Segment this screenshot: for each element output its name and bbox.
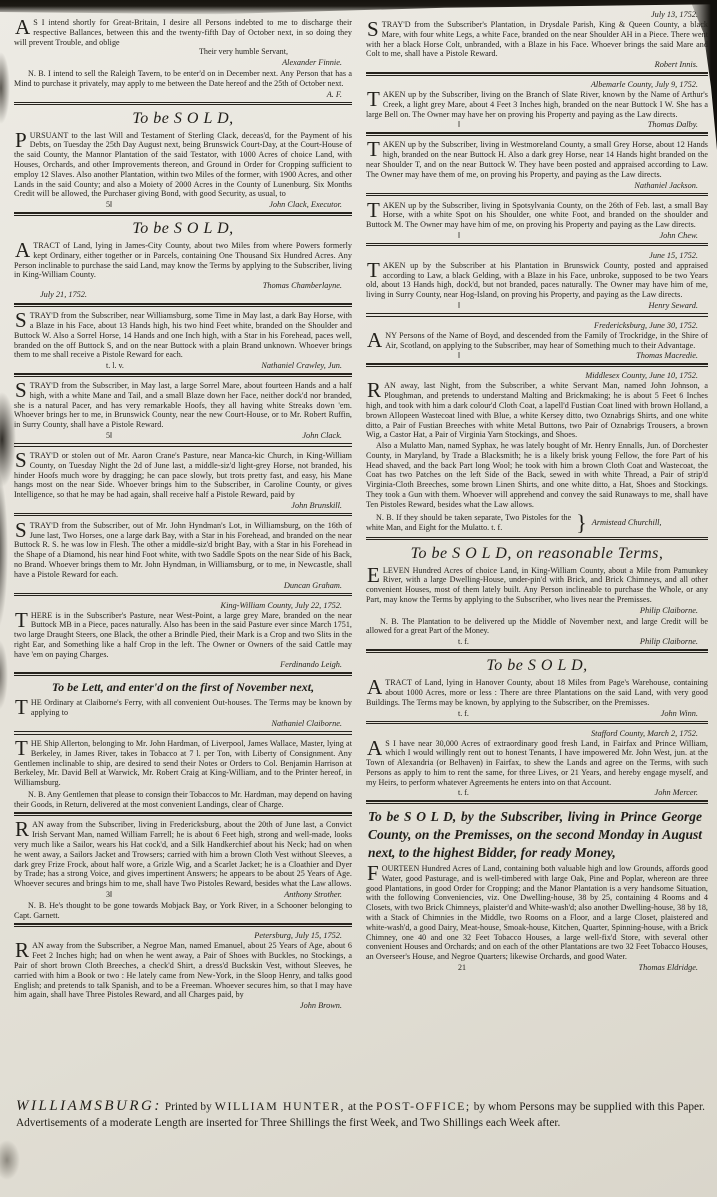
ad-heading: To be Lett, and enter'd on the first of … <box>14 680 352 695</box>
drop-cap: R <box>14 941 32 959</box>
ad-mark: 5‖ <box>106 200 116 209</box>
ad-signature: Robert Innis. <box>655 60 698 69</box>
drop-cap: R <box>14 820 32 838</box>
ad-dateline: Stafford County, March 2, 1752. <box>366 729 708 739</box>
advertisement: THE Ship Allerton, belonging to Mr. John… <box>14 739 352 809</box>
ad-postscript-signature-row: t. f.Philip Claiborne. <box>366 637 708 646</box>
ad-signature: Armistead Churchill, <box>592 518 662 527</box>
ad-body: AS I have near 30,000 Acres of extraordi… <box>366 739 708 788</box>
ad-signature-row: Nathaniel Jackson. <box>366 181 708 190</box>
drop-cap: T <box>366 90 383 108</box>
ad-signature-row: Thomas Chamberlayne. <box>14 281 352 290</box>
separator-rule <box>366 193 708 198</box>
separator-rule <box>366 132 708 137</box>
ad-mark: 3‖ <box>106 890 116 899</box>
ad-mark: 5‖ <box>106 431 116 440</box>
ad-body-text: S I have near 30,000 Acres of extraordin… <box>366 739 708 787</box>
ad-signature: Thomas Macredie. <box>636 351 698 360</box>
advertisement: Fredericksburg, June 30, 1752.ANY Person… <box>366 321 708 361</box>
ad-dateline: Albemarle County, July 9, 1752. <box>366 80 708 90</box>
ad-signature: John Winn. <box>661 709 698 718</box>
ad-mark: ‖ <box>458 351 468 360</box>
ad-body: STRAY'D or stolen out of Mr. Aaron Crane… <box>14 451 352 500</box>
ad-signature: John Brunskill. <box>291 501 342 510</box>
ad-signature: Thomas Dalby. <box>648 120 698 129</box>
ad-postscript: N. B. The Plantation to be delivered up … <box>366 617 708 637</box>
ad-body: AS I intend shortly for Great-Britain, I… <box>14 18 352 47</box>
ad-signature-row: 3‖Anthony Strother. <box>14 890 352 899</box>
ad-dateline: Fredericksburg, June 30, 1752. <box>366 321 708 331</box>
ad-signature-row: t. f.John Mercer. <box>366 788 708 797</box>
newspaper-page: AS I intend shortly for Great-Britain, I… <box>0 0 717 1197</box>
advertisement: RAN away from the Subscriber, living in … <box>14 820 352 920</box>
separator-rule <box>14 923 352 928</box>
drop-cap: F <box>366 864 382 882</box>
advertisement: July 13, 1752.STRAY'D from the Subscribe… <box>366 10 708 69</box>
ad-body-text: TRAY'D from the Subscriber, near William… <box>14 311 352 359</box>
paper-smudge <box>0 470 8 630</box>
ad-signature: Thomas Eldridge. <box>639 963 698 972</box>
imprint-post-office: POST-OFFICE; <box>376 1099 471 1113</box>
ad-body-text: TRAY'D from the Subscriber's Plantation,… <box>366 20 708 58</box>
separator-rule <box>366 800 708 805</box>
ad-signature: John Mercer. <box>655 788 698 797</box>
ad-signature: Henry Seward. <box>649 301 698 310</box>
ad-mark: t. l. v. <box>106 361 124 370</box>
drop-cap: T <box>366 261 383 279</box>
ad-mark: t. f. <box>458 788 469 797</box>
ad-signature-row: 5‖John Clack. <box>14 431 352 440</box>
separator-rule <box>14 593 352 598</box>
ad-dateline: Petersburg, July 15, 1752. <box>14 931 352 941</box>
ad-body: THERE is in the Subscriber's Pasture, ne… <box>14 611 352 660</box>
ad-body: RAN away from the Subscriber, living in … <box>14 820 352 888</box>
ad-body: THE Ordinary at Claiborne's Ferry, with … <box>14 698 352 718</box>
ad-date: July 21, 1752. <box>40 290 352 300</box>
drop-cap: A <box>366 678 385 696</box>
drop-cap: S <box>366 20 382 38</box>
ad-signature-row: ‖Thomas Macredie. <box>366 351 708 360</box>
ad-signature: Duncan Graham. <box>284 581 342 590</box>
ad-signature: John Brown. <box>300 1001 342 1010</box>
drop-cap: A <box>366 739 385 757</box>
drop-cap: S <box>14 451 30 469</box>
ad-signature-row: Ferdinando Leigh. <box>14 660 352 669</box>
ad-body-text: TRACT of Land, lying in James-City Count… <box>14 241 352 279</box>
imprint-printed-by: Printed by <box>165 1101 212 1113</box>
separator-rule <box>14 303 352 308</box>
ad-body: ATRACT of Land, lying in Hanover County,… <box>366 678 708 707</box>
ad-body: FOURTEEN Hundred Acres of Land, containi… <box>366 864 708 962</box>
ad-signature: John Clack. <box>302 431 342 440</box>
advertisement: AS I intend shortly for Great-Britain, I… <box>14 18 352 99</box>
ad-signature-row: Duncan Graham. <box>14 581 352 590</box>
advertisement: To be S O L D,PURSUANT to the last Will … <box>14 110 352 209</box>
drop-cap: A <box>14 18 33 36</box>
ad-heading: To be S O L D, by the Subscriber, living… <box>368 808 702 861</box>
ad-signature: Philip Claiborne. <box>640 606 698 615</box>
ad-postscript: N. B. He's thought to be gone towards Mo… <box>14 901 352 921</box>
ad-signature-row: t. f.John Winn. <box>366 709 708 718</box>
separator-rule <box>14 812 352 817</box>
drop-cap: T <box>366 201 383 219</box>
ad-signature: Nathaniel Jackson. <box>634 181 698 190</box>
ad-body-text: S I intend shortly for Great-Britain, I … <box>14 18 352 47</box>
drop-cap: T <box>14 698 31 716</box>
separator-rule <box>14 513 352 518</box>
ad-signature-row: t. l. v.Nathaniel Crawley, Jun. <box>14 361 352 370</box>
advertisement: Middlesex County, June 10, 1752.RAN away… <box>366 371 708 533</box>
ad-signature-row: ‖Thomas Dalby. <box>366 120 708 129</box>
paper-smudge <box>0 1140 20 1180</box>
imprint-city: WILLIAMSBURG: <box>16 1098 162 1114</box>
ad-body: TAKEN up by the Subscriber, living in We… <box>366 140 708 179</box>
ad-signature-row: John Brunskill. <box>14 501 352 510</box>
ad-body-text: TRAY'D from the Subscriber, in May last,… <box>14 381 352 429</box>
ad-mark: ‖ <box>458 231 468 240</box>
separator-rule <box>366 649 708 654</box>
ad-body-text: URSUANT to the last Will and Testament o… <box>14 131 352 199</box>
advertisement: To be Lett, and enter'd on the first of … <box>14 680 352 728</box>
advertisement: STRAY'D from the Subscriber, out of Mr. … <box>14 521 352 590</box>
separator-rule <box>14 672 352 677</box>
advertisement: STRAY'D from the Subscriber, in May last… <box>14 381 352 440</box>
ad-body-text: AN away, last Night, from the Subscriber… <box>366 381 708 439</box>
paper-smudge <box>0 640 8 710</box>
ad-body: ATRACT of Land, lying in James-City Coun… <box>14 241 352 280</box>
ad-signature-row: Philip Claiborne. <box>366 606 708 615</box>
ad-signature-row: Alexander Finnie. <box>14 58 352 67</box>
ad-postscript: N. B. Any Gentlemen that please to consi… <box>14 790 352 810</box>
ad-mark: ‖ <box>458 301 468 310</box>
ad-body: RAN away, last Night, from the Subscribe… <box>366 381 708 440</box>
drop-cap: T <box>366 140 383 158</box>
ad-body-text: NY Persons of the Name of Boyd, and desc… <box>385 331 708 350</box>
advertisement: To be S O L D, by the Subscriber, living… <box>366 808 708 971</box>
advertisement: To be S O L D,ATRACT of Land, lying in J… <box>14 220 352 300</box>
ad-body: ELEVEN Hundred Acres of choice Land, in … <box>366 566 708 605</box>
drop-cap: E <box>366 566 383 584</box>
separator-rule <box>14 373 352 378</box>
ad-heading: To be S O L D, <box>14 110 352 128</box>
ad-body: STRAY'D from the Subscriber, in May last… <box>14 381 352 430</box>
ad-postscript-row: N. B. If they should be taken separate, … <box>366 512 708 534</box>
ad-body-text: OURTEEN Hundred Acres of Land, containin… <box>366 864 708 961</box>
ad-signature: A. F. <box>327 90 342 99</box>
ad-dateline: June 15, 1752. <box>366 251 708 261</box>
ad-signature: John Chew. <box>659 231 698 240</box>
separator-rule <box>14 212 352 217</box>
drop-cap: P <box>14 131 30 149</box>
ad-body: RAN away from the Subscriber, a Negroe M… <box>14 941 352 1000</box>
ad-body: PURSUANT to the last Will and Testament … <box>14 131 352 199</box>
drop-cap: S <box>14 381 30 399</box>
ad-body-text: HERE is in the Subscriber's Pasture, nea… <box>14 611 352 659</box>
ad-signature-row: Robert Innis. <box>366 60 708 69</box>
drop-cap: A <box>14 241 33 259</box>
ad-signature-row: Nathaniel Claiborne. <box>14 719 352 728</box>
ad-signature-row: 21Thomas Eldridge. <box>366 963 708 972</box>
ad-body-text: HE Ship Allerton, belonging to Mr. John … <box>14 739 352 787</box>
ad-body: STRAY'D from the Subscriber, near Willia… <box>14 311 352 360</box>
separator-rule <box>14 731 352 736</box>
advertisement: To be S O L D, on reasonable Terms,ELEVE… <box>366 545 708 647</box>
ad-dateline: King-William County, July 22, 1752. <box>14 601 352 611</box>
ad-body-text: TRAY'D or stolen out of Mr. Aaron Crane'… <box>14 451 352 499</box>
drop-cap: S <box>14 311 30 329</box>
ad-mark: t. f. <box>458 637 469 646</box>
ad-body-text: AN away from the Subscriber, a Negroe Ma… <box>14 941 352 999</box>
advertisement: Albemarle County, July 9, 1752.TAKEN up … <box>366 80 708 129</box>
advertisement: STRAY'D from the Subscriber, near Willia… <box>14 311 352 370</box>
ad-body: TAKEN up by the Subscriber at his Planta… <box>366 261 708 300</box>
advertisement: Stafford County, March 2, 1752.AS I have… <box>366 729 708 798</box>
ad-signature: Thomas Chamberlayne. <box>263 281 342 290</box>
ad-signature: John Clack, Executor. <box>269 200 342 209</box>
ad-body-text: AKEN up by the Subscriber at his Plantat… <box>366 261 708 299</box>
ad-body: STRAY'D from the Subscriber's Plantation… <box>366 20 708 59</box>
separator-rule <box>366 363 708 368</box>
ad-body: TAKEN up by the Subscriber, living on th… <box>366 90 708 119</box>
ad-signature-row: ‖Henry Seward. <box>366 301 708 310</box>
printer-imprint: WILLIAMSBURG: Printed by WILLIAM HUNTER,… <box>16 1096 705 1132</box>
ad-body-second-paragraph: Also a Mulatto Man, named Syphax, he was… <box>366 441 708 509</box>
ad-postscript-signature-row: A. F. <box>14 90 352 99</box>
separator-rule <box>366 72 708 77</box>
ad-mark: ‖ <box>458 120 468 129</box>
paper-smudge <box>0 52 10 124</box>
ad-signature: Nathaniel Claiborne. <box>271 719 342 728</box>
ad-body: TAKEN up by the Subscriber, living in Sp… <box>366 201 708 230</box>
ad-mark: 21 <box>458 963 468 972</box>
ad-body: THE Ship Allerton, belonging to Mr. John… <box>14 739 352 788</box>
drop-cap: A <box>366 331 385 349</box>
advertisement: King-William County, July 22, 1752.THERE… <box>14 601 352 670</box>
advertisement: STRAY'D or stolen out of Mr. Aaron Crane… <box>14 451 352 510</box>
ad-signature-row: 5‖John Clack, Executor. <box>14 200 352 209</box>
ad-body-text: HE Ordinary at Claiborne's Ferry, with a… <box>31 698 352 717</box>
advertisement: June 15, 1752.TAKEN up by the Subscriber… <box>366 251 708 310</box>
ad-postscript: N. B. If they should be taken separate, … <box>366 513 571 533</box>
ad-body-text: AKEN up by the Subscriber, living on the… <box>366 90 708 119</box>
ad-body-text: LEVEN Hundred Acres of choice Land, in K… <box>366 566 708 604</box>
ad-mark: t. f. <box>458 709 469 718</box>
advertisement: TAKEN up by the Subscriber, living in Sp… <box>366 201 708 240</box>
ad-heading: To be S O L D, <box>14 220 352 238</box>
imprint-at-the: at the <box>348 1101 373 1113</box>
ad-dateline: July 13, 1752. <box>366 10 708 20</box>
drop-cap: T <box>14 739 31 757</box>
ad-body-text: TRAY'D from the Subscriber, out of Mr. J… <box>14 521 352 579</box>
separator-rule <box>366 721 708 726</box>
brace-glyph: } <box>576 512 587 534</box>
separator-rule <box>366 243 708 248</box>
imprint-printer-name: WILLIAM HUNTER, <box>215 1099 345 1113</box>
drop-cap: S <box>14 521 30 539</box>
separator-rule <box>366 537 708 542</box>
ad-body: ANY Persons of the Name of Boyd, and des… <box>366 331 708 351</box>
ad-body-text: AKEN up by the Subscriber, living in Wes… <box>366 140 708 178</box>
drop-cap: T <box>14 611 31 629</box>
ad-dateline: Middlesex County, June 10, 1752. <box>366 371 708 381</box>
ad-signature: Nathaniel Crawley, Jun. <box>261 361 342 370</box>
ad-signature: Anthony Strother. <box>284 890 342 899</box>
ad-salutation: Their very humble Servant, <box>14 47 288 57</box>
drop-cap: R <box>366 381 384 399</box>
ad-postscript: N. B. I intend to sell the Raleigh Taver… <box>14 69 352 89</box>
ad-heading: To be S O L D, on reasonable Terms, <box>366 545 708 563</box>
ad-body-text: AKEN up by the Subscriber, living in Spo… <box>366 201 708 230</box>
ad-signature: Alexander Finnie. <box>282 58 342 67</box>
ad-body-text: AN away from the Subscriber, living in F… <box>14 820 352 888</box>
ad-heading: To be S O L D, <box>366 657 708 675</box>
separator-rule <box>366 313 708 318</box>
ad-signature: Ferdinando Leigh. <box>280 660 342 669</box>
ad-signature-row: ‖John Chew. <box>366 231 708 240</box>
advertisement: To be S O L D,ATRACT of Land, lying in H… <box>366 657 708 717</box>
left-column: AS I intend shortly for Great-Britain, I… <box>14 16 352 1096</box>
ad-signature-row: John Brown. <box>14 1001 352 1010</box>
ad-body-text: TRACT of Land, lying in Hanover County, … <box>366 678 708 707</box>
advertisement: TAKEN up by the Subscriber, living in We… <box>366 140 708 189</box>
advertisement: Petersburg, July 15, 1752.RAN away from … <box>14 931 352 1010</box>
ad-body: STRAY'D from the Subscriber, out of Mr. … <box>14 521 352 580</box>
right-column: July 13, 1752.STRAY'D from the Subscribe… <box>366 8 708 1092</box>
separator-rule <box>14 443 352 448</box>
separator-rule <box>14 102 352 107</box>
ad-signature: Philip Claiborne. <box>640 637 698 646</box>
